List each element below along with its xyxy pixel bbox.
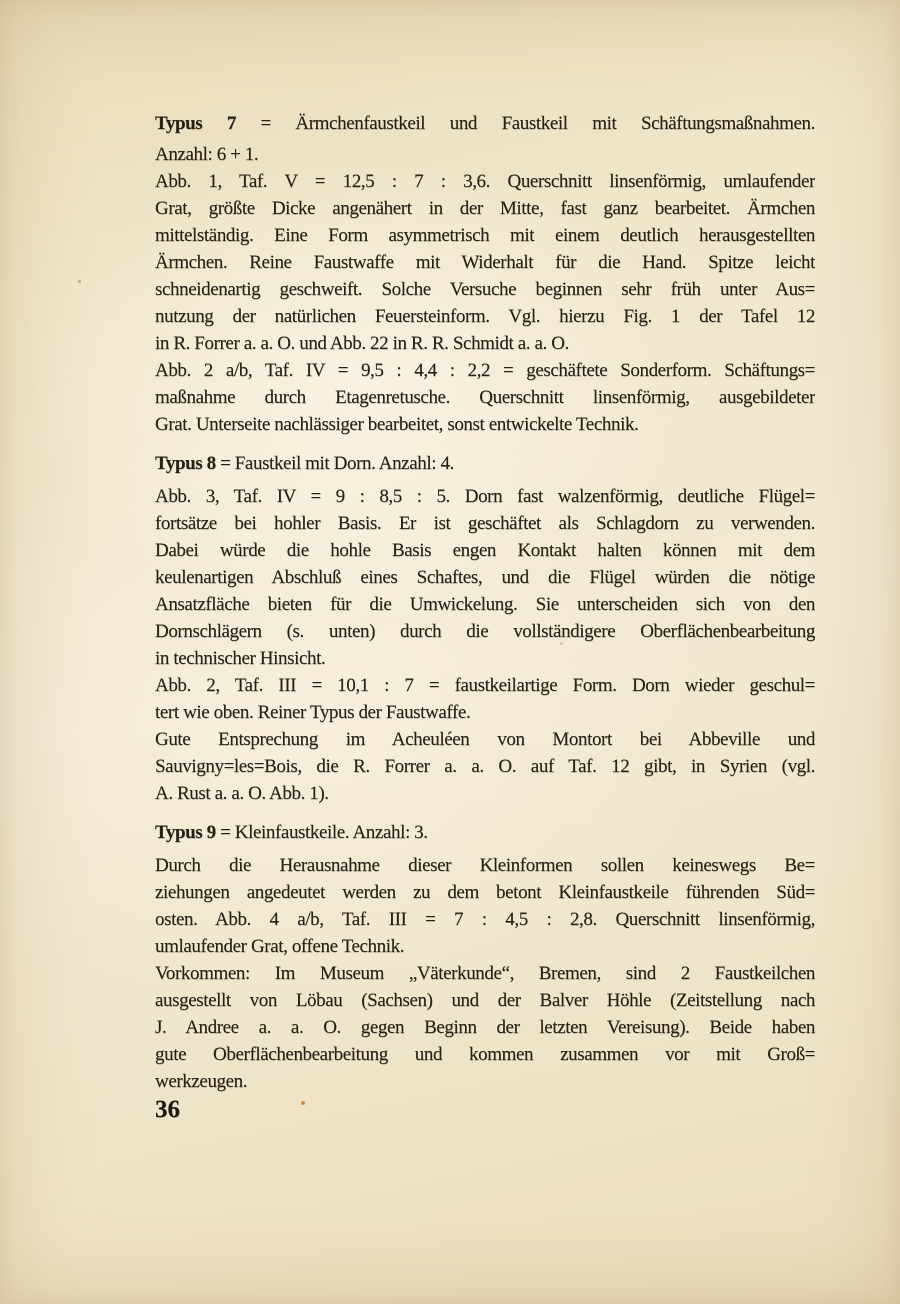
text-line: Abb. 2, Taf. III = 10,1 : 7 = faustkeila… [155, 672, 815, 699]
text-line: mittelständig. Eine Form asymmetrisch mi… [155, 222, 815, 249]
text-line: J. Andree a. a. O. gegen Beginn der letz… [155, 1014, 815, 1041]
typus-9-title: = Kleinfaustkeile. Anzahl: 3. [216, 822, 428, 843]
text-line: Grat, größte Dicke angenähert in der Mit… [155, 195, 815, 222]
typus-7-label: Typus 7 [155, 113, 236, 134]
text-line: ausgestellt von Löbau (Sachsen) und der … [155, 987, 815, 1014]
text-line: Grat. Unterseite nachlässiger bearbeitet… [155, 411, 815, 438]
anzahl-line: Anzahl: 6 + 1. [155, 141, 815, 168]
typus-9-label: Typus 9 [155, 822, 216, 843]
text-line: ziehungen angedeutet werden zu dem beton… [155, 879, 815, 906]
typus-7-heading: Typus 7 = Ärmchenfaustkeil und Faustkeil… [155, 110, 815, 137]
text-line: Abb. 3, Taf. IV = 9 : 8,5 : 5. Dorn fast… [155, 483, 815, 510]
text-line: werkzeugen. [155, 1068, 815, 1095]
text-line: in R. Forrer a. a. O. und Abb. 22 in R. … [155, 330, 815, 357]
typus-8-title: = Faustkeil mit Dorn. Anzahl: 4. [216, 453, 454, 474]
text-line: in technischer Hinsicht. [155, 645, 815, 672]
typus-8-heading: Typus 8 = Faustkeil mit Dorn. Anzahl: 4. [155, 450, 815, 477]
text-line: Gute Entsprechung im Acheuléen von Monto… [155, 726, 815, 753]
typus-8-label: Typus 8 [155, 453, 216, 474]
text-line: maßnahme durch Etagenretusche. Querschni… [155, 384, 815, 411]
text-line: osten. Abb. 4 a/b, Taf. III = 7 : 4,5 : … [155, 906, 815, 933]
page-number: 36 [155, 1096, 180, 1124]
text-line: gute Oberflächenbearbeitung und kommen z… [155, 1041, 815, 1068]
text-line: keulenartigen Abschluß eines Schaftes, u… [155, 564, 815, 591]
text-line: A. Rust a. a. O. Abb. 1). [155, 780, 815, 807]
text-line: Vorkommen: Im Museum „Väterkunde“, Breme… [155, 960, 815, 987]
text-line: Durch die Herausnahme dieser Kleinformen… [155, 852, 815, 879]
text-line: schneidenartig geschweift. Solche Versuc… [155, 276, 815, 303]
text-line: Dabei würde die hohle Basis engen Kontak… [155, 537, 815, 564]
text-line: Dornschlägern (s. unten) durch die volls… [155, 618, 815, 645]
paper-speck [301, 1101, 305, 1105]
text-line: Ansatzfläche bieten für die Umwickelung.… [155, 591, 815, 618]
typus-7-title: = Ärmchenfaustkeil und Faustkeil mit Sch… [236, 113, 815, 134]
text-line: Ärmchen. Reine Faustwaffe mit Widerhalt … [155, 249, 815, 276]
text-line: fortsätze bei hohler Basis. Er ist gesch… [155, 510, 815, 537]
text-line: tert wie oben. Reiner Typus der Faustwaf… [155, 699, 815, 726]
typus-9-heading: Typus 9 = Kleinfaustkeile. Anzahl: 3. [155, 819, 815, 846]
text-line: umlaufender Grat, offene Technik. [155, 933, 815, 960]
text-line: Abb. 1, Taf. V = 12,5 : 7 : 3,6. Quersch… [155, 168, 815, 195]
text-line: nutzung der natürlichen Feuersteinform. … [155, 303, 815, 330]
text-line: Abb. 2 a/b, Taf. IV = 9,5 : 4,4 : 2,2 = … [155, 357, 815, 384]
paper-speck [78, 280, 81, 283]
text-line: Sauvigny=les=Bois, die R. Forrer a. a. O… [155, 753, 815, 780]
page-text-block: Typus 7 = Ärmchenfaustkeil und Faustkeil… [155, 110, 815, 1095]
